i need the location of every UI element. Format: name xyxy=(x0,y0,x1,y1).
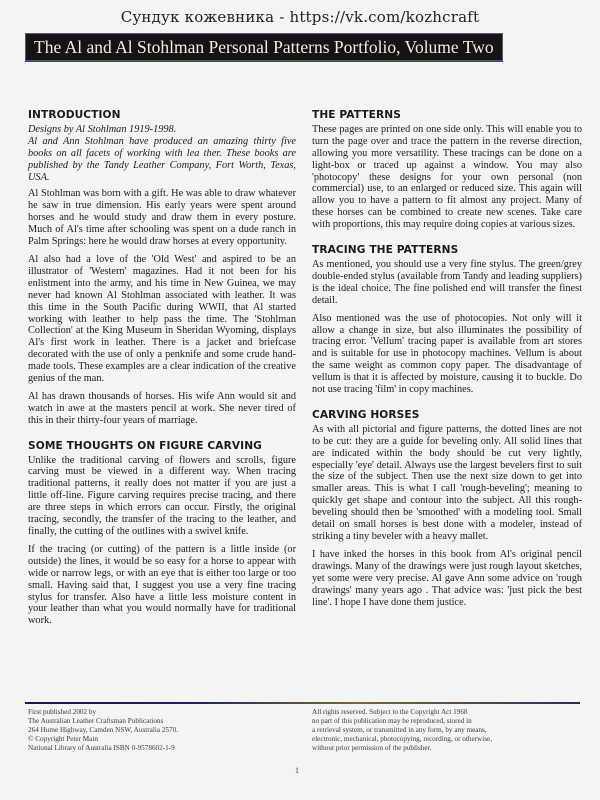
stohlman-books-note: Al and Ann Stohlman have produced an ama… xyxy=(28,136,296,184)
carving-horses-paragraph: As with all pictorial and figure pattern… xyxy=(312,424,582,543)
publisher-line: © Copyright Peter Main xyxy=(28,735,288,744)
introduction-paragraph: Al has drawn thousands of horses. His wi… xyxy=(28,391,296,427)
page-number: 1 xyxy=(295,766,299,775)
document-title-banner: The Al and Al Stohlman Personal Patterns… xyxy=(25,33,503,61)
carving-horses-paragraph: I have inked the horses in this book fro… xyxy=(312,549,582,609)
publisher-line: First published 2002 by xyxy=(28,708,288,717)
right-column: THE PATTERNS These pages are printed on … xyxy=(312,110,582,614)
figure-carving-paragraph: If the tracing (or cutting) of the patte… xyxy=(28,544,296,627)
rights-notice: All rights reserved. Subject to the Copy… xyxy=(312,708,582,753)
rights-line: All rights reserved. Subject to the Copy… xyxy=(312,708,582,717)
introduction-paragraph: Al also had a love of the 'Old West' and… xyxy=(28,254,296,385)
introduction-paragraph: Al Stohlman was born with a gift. He was… xyxy=(28,188,296,248)
left-column: INTRODUCTION Designs by Al Stohlman 1919… xyxy=(28,110,296,633)
patterns-paragraph: These pages are printed on one side only… xyxy=(312,124,582,231)
figure-carving-heading: SOME THOUGHTS ON FIGURE CARVING xyxy=(28,441,296,453)
introduction-italic-note: Designs by Al Stohlman 1919-1998. Al and… xyxy=(28,124,296,184)
footer-divider xyxy=(25,702,580,704)
patterns-section: THE PATTERNS These pages are printed on … xyxy=(312,110,582,231)
introduction-heading: INTRODUCTION xyxy=(28,110,296,122)
rights-line: no part of this publication may be repro… xyxy=(312,717,582,726)
tracing-heading: TRACING THE PATTERNS xyxy=(312,245,582,257)
publisher-info: First published 2002 by The Australian L… xyxy=(28,708,288,753)
rights-line: electronic, mechanical, photocopying, re… xyxy=(312,735,582,744)
designs-credit: Designs by Al Stohlman 1919-1998. xyxy=(28,124,296,136)
carving-horses-section: CARVING HORSES As with all pictorial and… xyxy=(312,410,582,609)
figure-carving-section: SOME THOUGHTS ON FIGURE CARVING Unlike t… xyxy=(28,441,296,628)
publisher-line: National Library of Australia ISBN 0-957… xyxy=(28,744,288,753)
tracing-paragraph: As mentioned, you should use a very fine… xyxy=(312,259,582,307)
watermark-text: Сундук кожевника - https://vk.com/kozhcr… xyxy=(0,8,600,26)
publisher-line: The Australian Leather Craftsman Publica… xyxy=(28,717,288,726)
carving-horses-heading: CARVING HORSES xyxy=(312,410,582,422)
tracing-paragraph: Also mentioned was the use of photocopie… xyxy=(312,313,582,396)
publisher-line: 264 Hume Highway, Camden NSW, Australia … xyxy=(28,726,288,735)
figure-carving-paragraph: Unlike the traditional carving of flower… xyxy=(28,455,296,538)
rights-line: a retrieval system, or transmitted in an… xyxy=(312,726,582,735)
tracing-section: TRACING THE PATTERNS As mentioned, you s… xyxy=(312,245,582,396)
patterns-heading: THE PATTERNS xyxy=(312,110,582,122)
introduction-section: INTRODUCTION Designs by Al Stohlman 1919… xyxy=(28,110,296,427)
rights-line: without prior permission of the publishe… xyxy=(312,744,582,753)
